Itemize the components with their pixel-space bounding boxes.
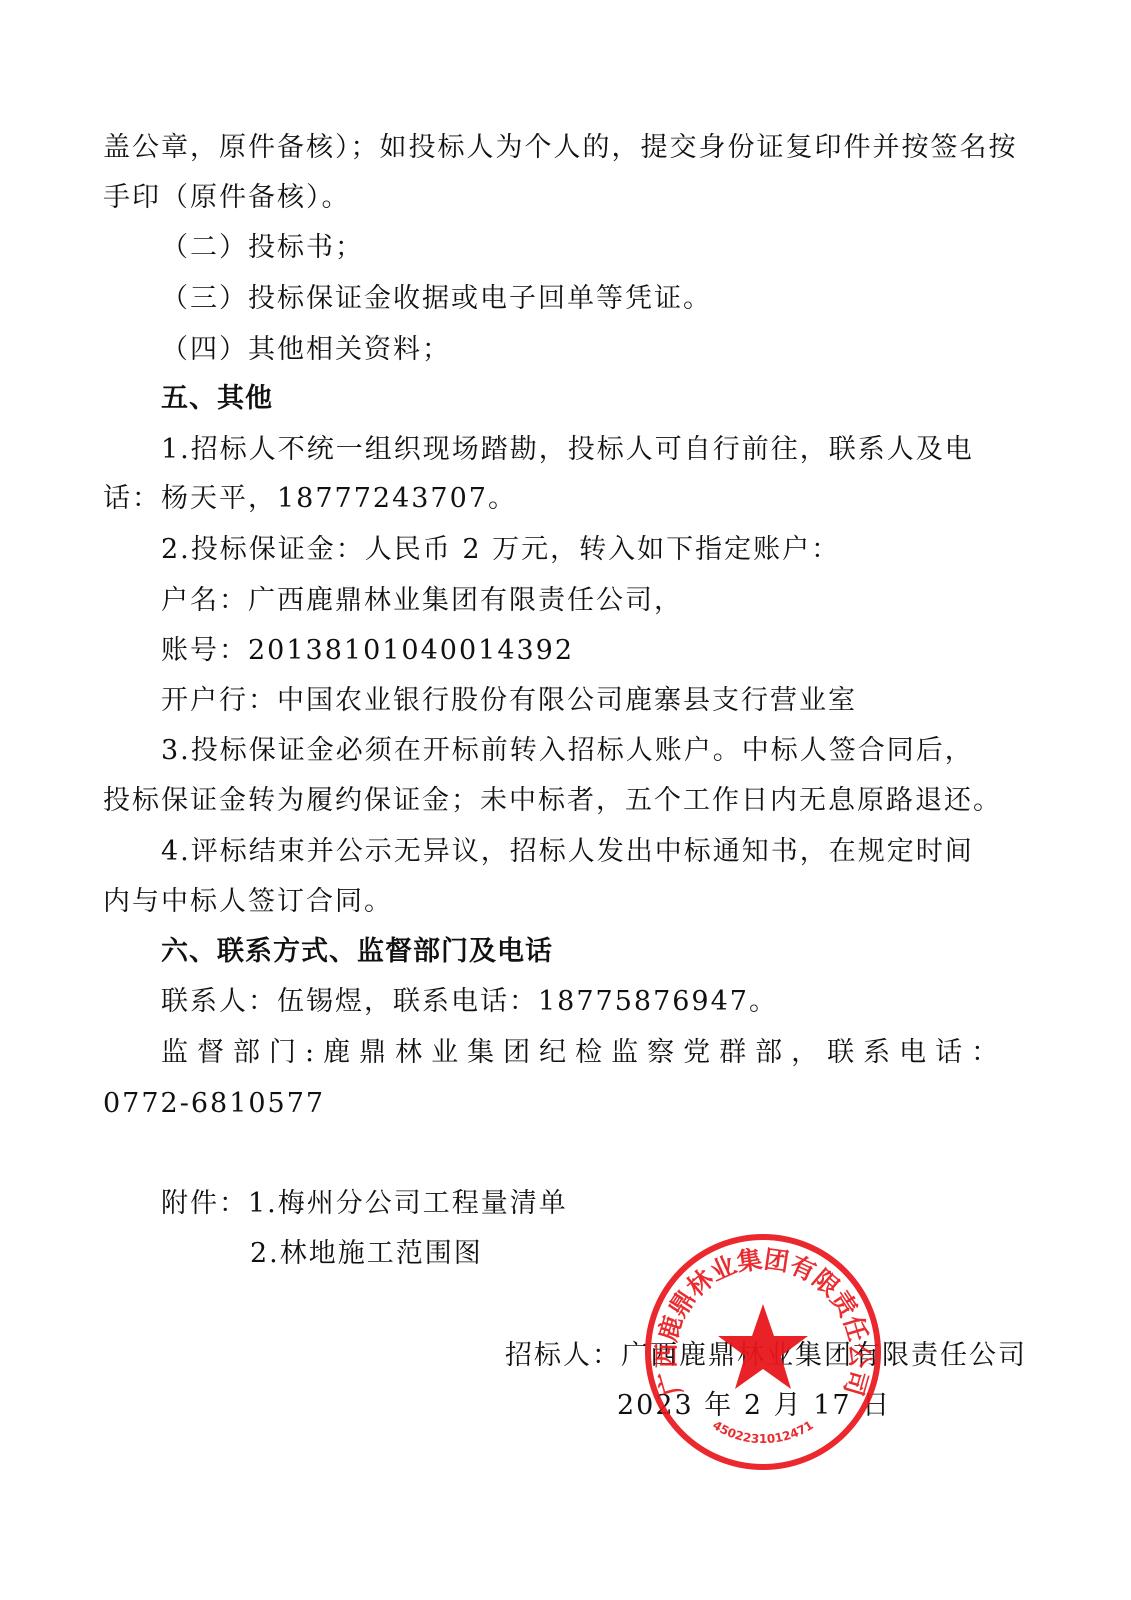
paragraph-line: 内与中标人签订合同。 [103, 884, 1027, 920]
attachment-item-2: 2.林地施工范围图 [250, 1236, 1131, 1272]
paragraph-line: 2.投标保证金：人民币 2 万元，转入如下指定账户： [161, 532, 1027, 568]
paragraph-line: 盖公章，原件备核）；如投标人为个人的，提交身份证复印件并按签名按 [103, 130, 1027, 166]
signature-date: 2023 年 2 月 17 日 [617, 1388, 877, 1424]
account-name: 户名：广西鹿鼎林业集团有限责任公司， [161, 583, 1027, 619]
paragraph-line: 4.评标结束并公示无异议，招标人发出中标通知书，在规定时间 [161, 834, 1027, 870]
supervision-line: 监督部门:鹿鼎林业集团纪检监察党群部，联系电话： [161, 1035, 1027, 1071]
list-item-4: （四）其他相关资料； [161, 332, 1027, 368]
supervision-phone: 0772-6810577 [103, 1086, 1027, 1122]
paragraph-line: 手印（原件备核）。 [103, 180, 1027, 216]
paragraph-line: 话：杨天平，18777243707。 [103, 481, 1027, 517]
contact-line: 联系人：伍锡煜，联系电话：18775876947。 [161, 984, 1027, 1020]
attachment-item-1: 附件：1.梅州分公司工程量清单 [161, 1186, 1027, 1222]
bank-name: 开户行：中国农业银行股份有限公司鹿寨县支行营业室 [161, 683, 1027, 719]
section-heading-5: 五、其他 [161, 381, 1027, 417]
paragraph-line: 1.招标人不统一组织现场踏勘，投标人可自行前往，联系人及电 [161, 432, 1027, 468]
paragraph-line: 投标保证金转为履约保证金；未中标者，五个工作日内无息原路退还。 [103, 783, 1027, 819]
section-heading-6: 六、联系方式、监督部门及电话 [161, 934, 1027, 970]
paragraph-line: 3.投标保证金必须在开标前转入招标人账户。中标人签合同后， [161, 733, 1027, 769]
document-page: 盖公章，原件备核）；如投标人为个人的，提交身份证复印件并按签名按 手印（原件备核… [0, 0, 1131, 1600]
list-item-2: （二）投标书； [161, 230, 1027, 266]
tenderer-signature: 招标人：广西鹿鼎林业集团有限责任公司 [505, 1338, 1027, 1374]
list-item-3: （三）投标保证金收据或电子回单等凭证。 [161, 281, 1027, 317]
account-number: 账号：2013810104001439​2 [161, 633, 1027, 669]
